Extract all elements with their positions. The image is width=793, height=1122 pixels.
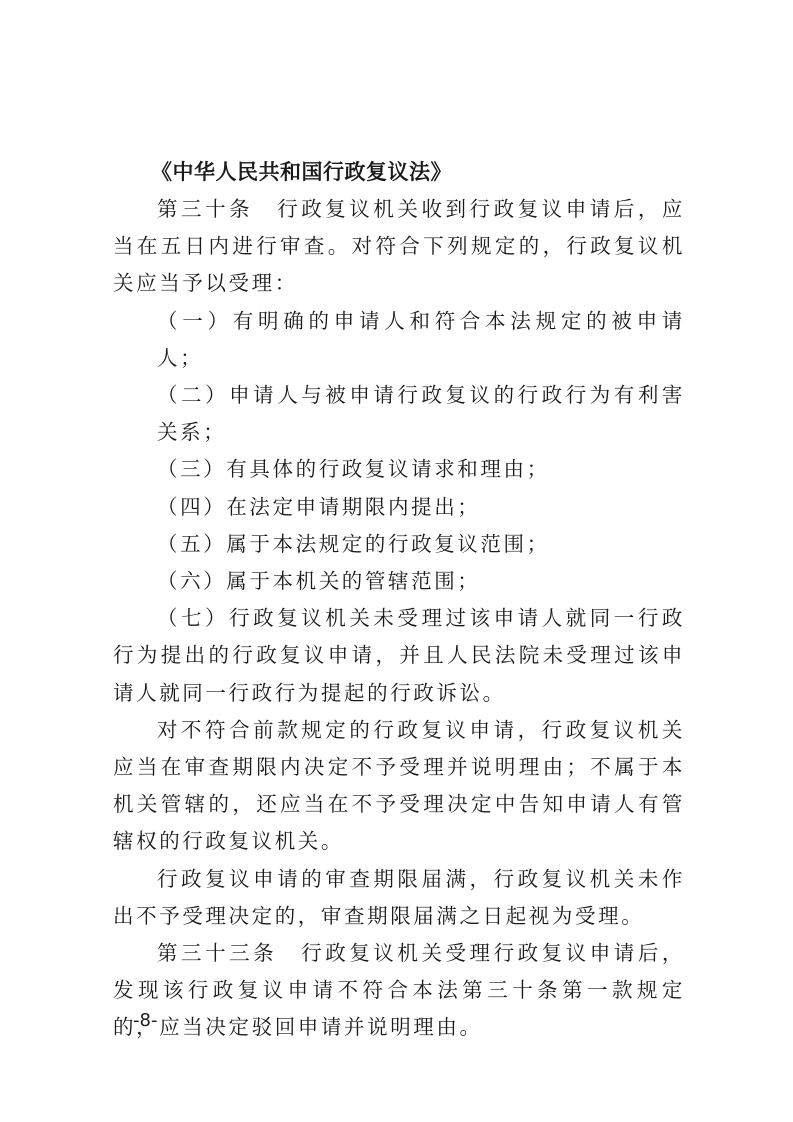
rejection-paragraph: 对不符合前款规定的行政复议申请，行政复议机关应当在审查期限内决定不予受理并说明理… xyxy=(113,712,685,861)
document-title: 《中华人民共和国行政复议法》 xyxy=(113,154,685,191)
page-number: -8- xyxy=(133,1010,157,1031)
condition-item-3: （三）有具体的行政复议请求和理由； xyxy=(113,451,685,488)
condition-item-7: （七）行政复议机关未受理过该申请人就同一行政行为提出的行政复议申请，并且人民法院… xyxy=(113,600,685,712)
condition-item-6: （六）属于本机关的管辖范围； xyxy=(113,563,685,600)
deemed-acceptance-paragraph: 行政复议申请的审查期限届满，行政复议机关未作出不予受理决定的，审查期限届满之日起… xyxy=(113,861,685,935)
article-33-paragraph: 第三十三条 行政复议机关受理行政复议申请后，发现该行政复议申请不符合本法第三十条… xyxy=(113,935,685,1047)
document-page: 《中华人民共和国行政复议法》 第三十条 行政复议机关收到行政复议申请后，应当在五… xyxy=(113,154,685,1047)
condition-item-1: （一）有明确的申请人和符合本法规定的被申请人； xyxy=(113,303,685,377)
condition-item-4: （四）在法定申请期限内提出； xyxy=(113,489,685,526)
article-30-intro: 第三十条 行政复议机关收到行政复议申请后，应当在五日内进行审查。对符合下列规定的… xyxy=(113,191,685,303)
condition-item-2: （二）申请人与被申请行政复议的行政行为有利害关系； xyxy=(113,377,685,451)
condition-item-5: （五）属于本法规定的行政复议范围； xyxy=(113,526,685,563)
